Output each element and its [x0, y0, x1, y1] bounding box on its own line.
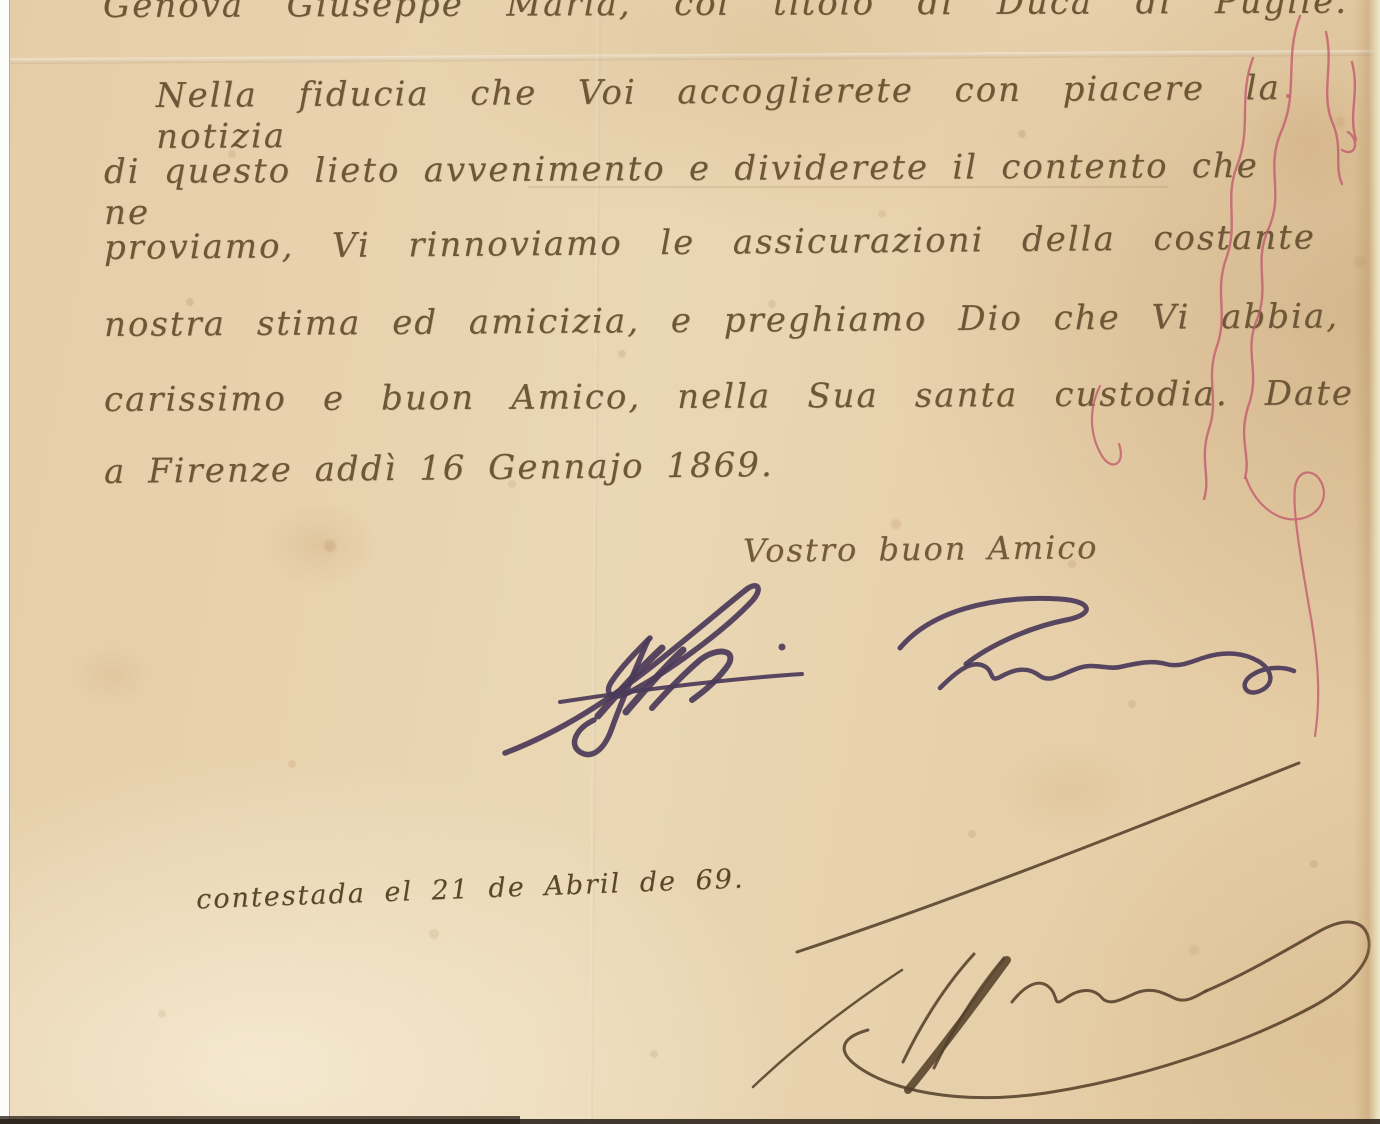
scan-left-edge	[0, 0, 10, 1124]
letter-line-2: Nella fiducia che Voi accoglierete con p…	[156, 68, 1282, 157]
paper-sheet: Genova Giuseppe Maria, col titolo di Duc…	[8, 0, 1380, 1124]
paper-right-edge	[1354, 0, 1380, 1124]
paper-stain	[68, 640, 158, 710]
scan-bottom-edge	[0, 1119, 1380, 1124]
closing-line: Vostro buon Amico	[743, 528, 1099, 570]
letter-line-6: carissimo e buon Amico, nella Sua santa …	[104, 373, 1354, 420]
scanned-letter: Genova Giuseppe Maria, col titolo di Duc…	[0, 0, 1380, 1124]
paper-stain	[258, 500, 378, 590]
letter-line-5: nostra stima ed amicizia, e preghiamo Di…	[104, 296, 1339, 345]
archival-note: contestada el 21 de Abril de 69.	[196, 863, 745, 915]
horizontal-fold-crease	[8, 50, 1380, 64]
paper-stain	[988, 740, 1148, 840]
letter-line-1: Genova Giuseppe Maria, col titolo di Duc…	[103, 0, 1348, 27]
letter-dateline: a Firenze addì 16 Gennajo 1869.	[104, 445, 774, 493]
